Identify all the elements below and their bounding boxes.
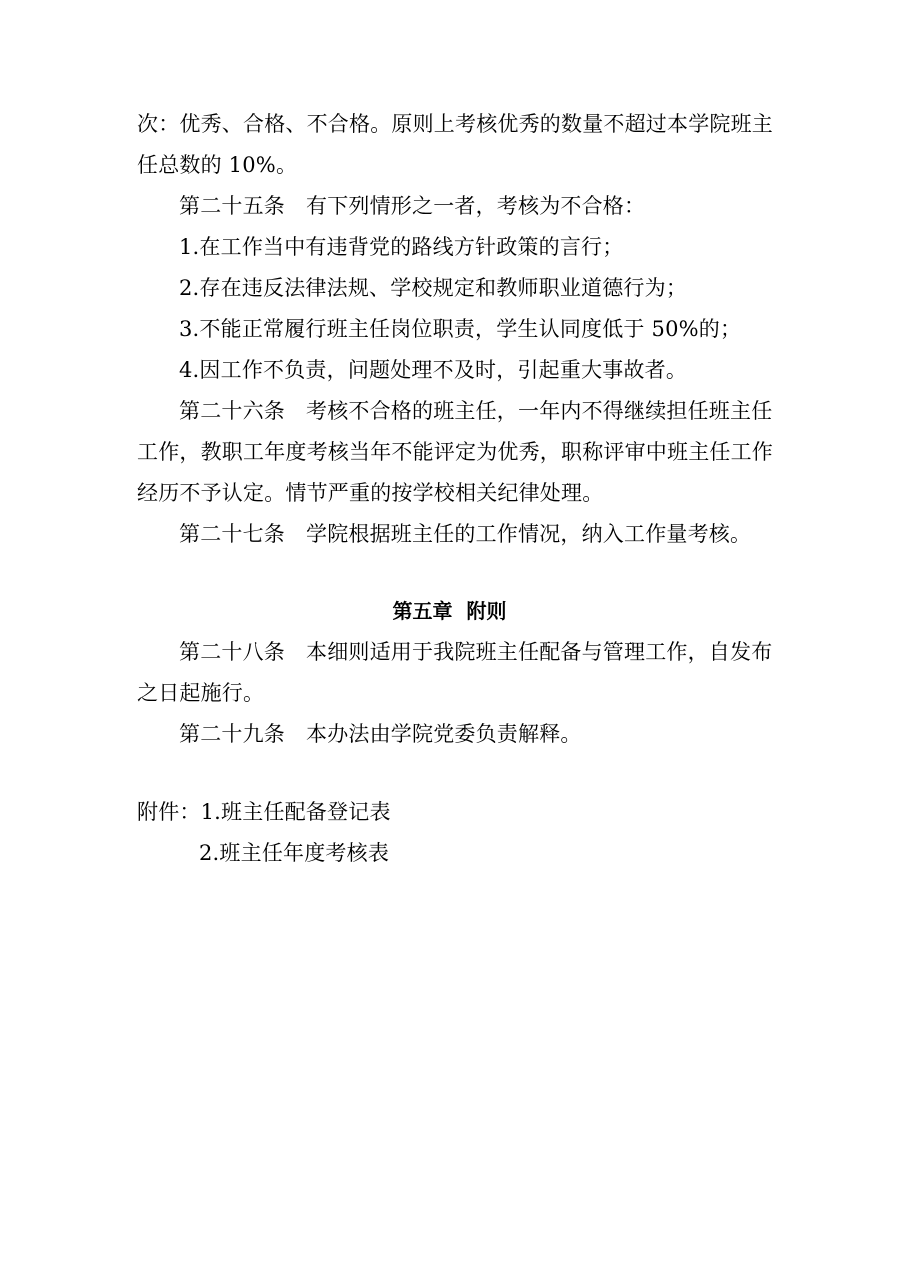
paragraph-line: 次：优秀、合格、不合格。原则上考核优秀的数量不超过本学院班主 xyxy=(137,110,773,138)
article-26: 第二十六条考核不合格的班主任，一年内不得继续担任班主任 xyxy=(179,397,772,425)
attachments: 附件：1.班主任配备登记表 xyxy=(137,798,391,826)
list-item: 4.因工作不负责，问题处理不及时，引起重大事故者。 xyxy=(179,356,687,384)
article-text: 有下列情形之一者，考核为不合格： xyxy=(306,194,645,218)
attachment-item: 1.班主任配备登记表 xyxy=(201,800,391,824)
document-page: 次：优秀、合格、不合格。原则上考核优秀的数量不超过本学院班主 任总数的 10%。… xyxy=(0,0,899,1272)
article-label: 第二十五条 xyxy=(179,194,285,218)
article-text: 本办法由学院党委负责解释。 xyxy=(306,722,582,746)
article-28: 第二十八条本细则适用于我院班主任配备与管理工作，自发布 xyxy=(179,638,772,666)
article-label: 第二十九条 xyxy=(179,722,285,746)
attachments-label: 附件： xyxy=(137,800,201,824)
paragraph-line: 经历不予认定。情节严重的按学校相关纪律处理。 xyxy=(137,479,603,507)
article-label: 第二十七条 xyxy=(179,522,285,546)
article-text: 学院根据班主任的工作情况，纳入工作量考核。 xyxy=(306,522,751,546)
attachment-item: 2.班主任年度考核表 xyxy=(199,839,389,867)
chapter-heading: 第五章 附则 xyxy=(0,597,899,625)
article-25: 第二十五条有下列情形之一者，考核为不合格： xyxy=(179,192,645,220)
list-item: 1.在工作当中有违背党的路线方针政策的言行； xyxy=(179,233,623,261)
article-text: 本细则适用于我院班主任配备与管理工作，自发布 xyxy=(306,640,772,664)
paragraph-line: 任总数的 10%。 xyxy=(137,151,297,179)
article-27: 第二十七条学院根据班主任的工作情况，纳入工作量考核。 xyxy=(179,520,751,548)
article-text: 考核不合格的班主任，一年内不得继续担任班主任 xyxy=(306,399,772,423)
chapter-title: 第五章 附则 xyxy=(393,597,507,625)
list-item: 3.不能正常履行班主任岗位职责，学生认同度低于 50%的； xyxy=(179,315,741,343)
paragraph-line: 工作，教职工年度考核当年不能评定为优秀，职称评审中班主任工作 xyxy=(137,438,773,466)
article-29: 第二十九条本办法由学院党委负责解释。 xyxy=(179,720,582,748)
paragraph-line: 之日起施行。 xyxy=(137,679,264,707)
article-label: 第二十八条 xyxy=(179,640,285,664)
article-label: 第二十六条 xyxy=(179,399,285,423)
list-item: 2.存在违反法律法规、学校规定和教师职业道德行为； xyxy=(179,274,687,302)
